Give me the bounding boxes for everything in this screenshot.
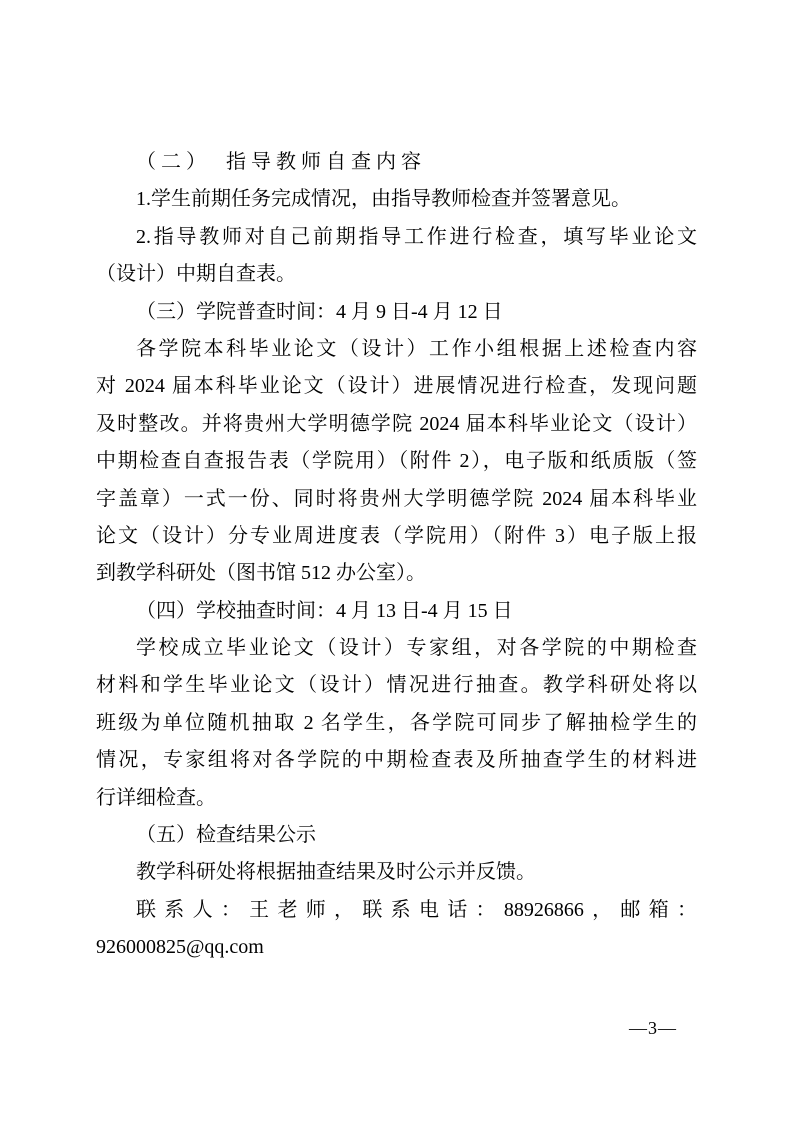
text-line: 对 2024 届本科毕业论文（设计）进展情况进行检查，发现问题 [96,368,697,405]
page-number: —3— [629,1017,677,1039]
text-line: 学校成立毕业论文（设计）专家组，对各学院的中期检查 [96,630,697,667]
text-line: 1.学生前期任务完成情况，由指导教师检查并签署意见。 [96,181,697,218]
section-heading-2: （二） 指导教师自查内容 [96,144,697,181]
text-line: 行详细检查。 [96,780,697,817]
document-body: （二） 指导教师自查内容 1.学生前期任务完成情况，由指导教师检查并签署意见。 … [96,144,697,967]
document-page: （二） 指导教师自查内容 1.学生前期任务完成情况，由指导教师检查并签署意见。 … [0,0,793,1122]
text-line: 情况，专家组将对各学院的中期检查表及所抽查学生的材料进 [96,742,697,779]
text-line: （设计）中期自查表。 [96,256,697,293]
contact-email-line: 926000825@qq.com [96,929,697,966]
text-line: 字盖章）一式一份、同时将贵州大学明德学院 2024 届本科毕业 [96,481,697,518]
text-line: 论文（设计）分专业周进度表（学院用）（附件 3）电子版上报 [96,518,697,555]
text-line: 各学院本科毕业论文（设计）工作小组根据上述检查内容 [96,331,697,368]
text-line: 及时整改。并将贵州大学明德学院 2024 届本科毕业论文（设计） [96,406,697,443]
contact-line: 联系人：王老师，联系电话：88926866，邮箱： [96,892,697,929]
section-heading-3: （三）学院普查时间：4 月 9 日-4 月 12 日 [96,294,697,331]
text-line: 2.指导教师对自己前期指导工作进行检查，填写毕业论文 [96,219,697,256]
text-line: 材料和学生毕业论文（设计）情况进行抽查。教学科研处将以 [96,667,697,704]
text-line: 教学科研处将根据抽查结果及时公示并反馈。 [96,854,697,891]
section-heading-5: （五）检查结果公示 [96,817,697,854]
text-line: 中期检查自查报告表（学院用）（附件 2），电子版和纸质版（签 [96,443,697,480]
section-heading-4: （四）学校抽查时间：4 月 13 日-4 月 15 日 [96,593,697,630]
text-line: 班级为单位随机抽取 2 名学生，各学院可同步了解抽检学生的 [96,705,697,742]
text-line: 到教学科研处（图书馆 512 办公室）。 [96,555,697,592]
